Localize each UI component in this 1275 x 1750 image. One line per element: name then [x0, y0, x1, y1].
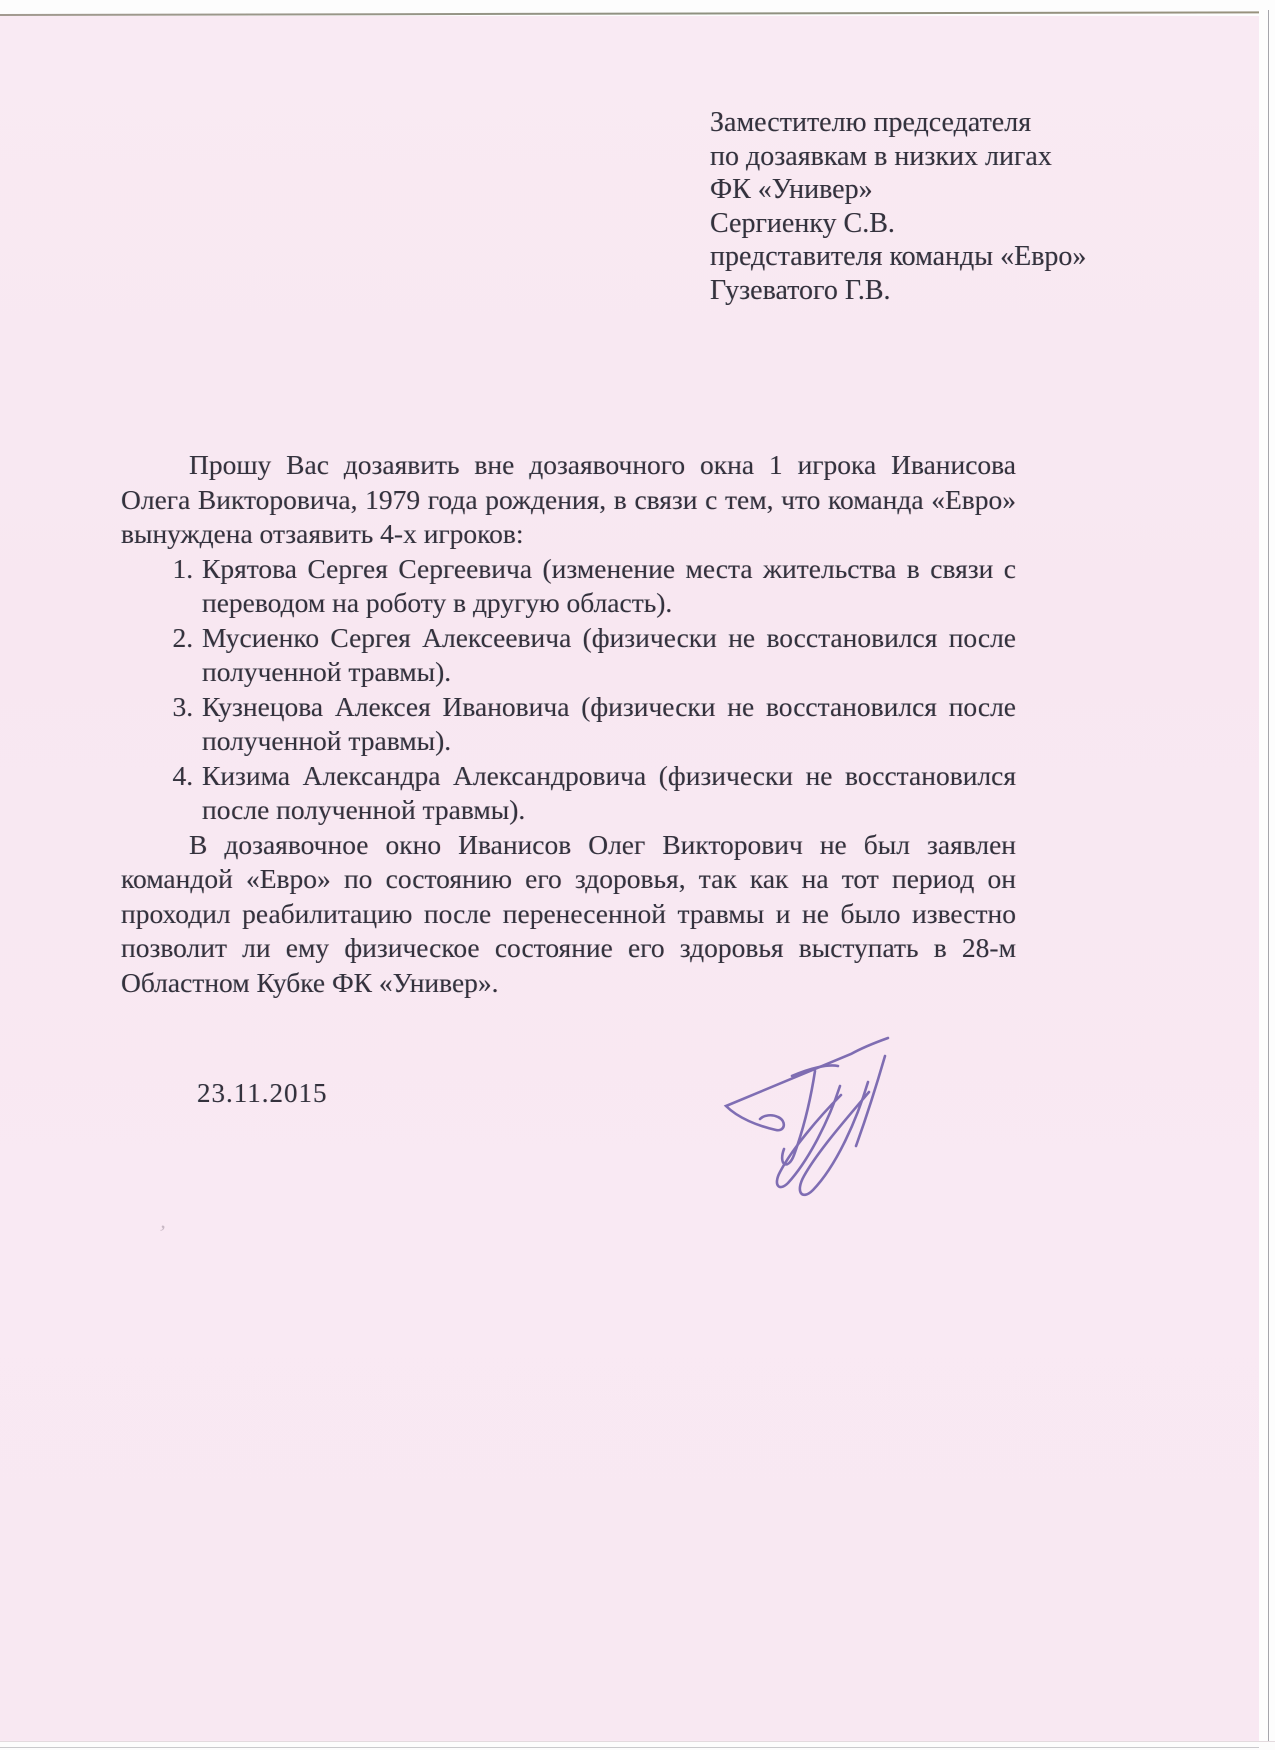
letter-body: Прошу Вас дозаявить вне дозаявочного окн… [121, 448, 1016, 1000]
recipient-line: Гузеватого Г.В. [710, 274, 1130, 308]
recipient-line: Заместителю председателя [710, 106, 1130, 140]
scanner-bottom-line [0, 1747, 1259, 1748]
recipient-line: Сергиенку С.В. [710, 207, 1130, 241]
request-paragraph: Прошу Вас дозаявить вне дозаявочного окн… [121, 448, 1016, 552]
explanation-paragraph: В дозаявочное окно Иванисов Олег Викторо… [121, 828, 1016, 1001]
scanner-right-line [1268, 10, 1269, 1750]
recipient-line: ФК «Универ» [710, 173, 1130, 207]
scanner-right-strip [1259, 0, 1275, 1750]
withdrawn-player-item: Кузнецова Алексея Ивановича (физически н… [200, 690, 1016, 759]
recipient-block: Заместителю председателяпо дозаявкам в н… [710, 106, 1130, 307]
handwritten-signature [688, 1024, 920, 1214]
scanned-letter-page: { "recipient_block": { "lines": [ "Замес… [0, 0, 1275, 1750]
recipient-line: представителя команды «Евро» [710, 240, 1130, 274]
withdrawn-player-item: Крятова Сергея Сергеевича (изменение мес… [200, 552, 1016, 621]
recipient-line: по дозаявкам в низких лигах [710, 140, 1130, 174]
letter-date: 23.11.2015 [197, 1078, 328, 1109]
withdrawn-players-list: Крятова Сергея Сергеевича (изменение мес… [121, 552, 1016, 828]
withdrawn-player-item: Кизима Александра Александровича (физиче… [200, 759, 1016, 828]
scanner-bottom-strip [0, 1741, 1275, 1750]
withdrawn-player-item: Мусиенко Сергея Алексеевича (физически н… [200, 621, 1016, 690]
paper-sheet: Заместителю председателяпо дозаявкам в н… [0, 16, 1259, 1742]
scan-speck: ’ [155, 1220, 168, 1247]
